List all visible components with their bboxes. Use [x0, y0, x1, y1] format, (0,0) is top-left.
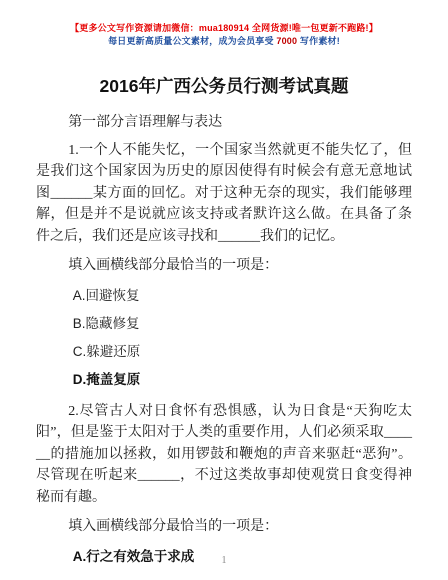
document-body: 第一部分言语理解与表达 1.一个人不能失忆，一个国家当然就更不能失忆了，但是我们… [36, 112, 412, 566]
promo-line-2: 每日更新高质量公文素材，成为会员享受 7000 写作素材! [0, 35, 448, 47]
question-1-prompt: 填入画横线部分最恰当的一项是： [36, 255, 412, 277]
promo-line-1: 【更多公文写作资源请加微信：mua180914 全网货源!唯一包更新不跑路!】 [0, 22, 448, 34]
question-2-prompt: 填入画横线部分最恰当的一项是： [36, 516, 412, 538]
section-heading: 第一部分言语理解与表达 [36, 112, 412, 134]
question-1-options: A.回避恢复 B.隐藏修复 C.躲避还原 D.掩盖复原 [73, 287, 412, 389]
question-1-option-a: A.回避恢复 [73, 287, 412, 305]
question-1-option-d: D.掩盖复原 [73, 371, 412, 389]
question-2-stem: 2.尽管古人对日食怀有恐惧感，认为日食是“天狗吃太阳”，但是鉴于太阳对于人类的重… [36, 401, 412, 509]
promo-header: 【更多公文写作资源请加微信：mua180914 全网货源!唯一包更新不跑路!】 … [0, 0, 448, 47]
promo-line-2-prefix: 每日更新高质量公文素材，成为会员享受 [108, 36, 276, 46]
question-1-option-b: B.隐藏修复 [73, 315, 412, 333]
page-title: 2016年广西公务员行测考试真题 [0, 73, 448, 98]
document-page: 【更多公文写作资源请加微信：mua180914 全网货源!唯一包更新不跑路!】 … [0, 0, 448, 580]
promo-line-2-suffix: 写作素材! [297, 36, 340, 46]
promo-line-2-number: 7000 [276, 36, 297, 46]
question-1-stem: 1.一个人不能失忆，一个国家当然就更不能失忆了，但是我们这个国家因为历史的原因使… [36, 140, 412, 248]
question-1-option-c: C.躲避还原 [73, 343, 412, 361]
page-number: 1 [0, 555, 448, 566]
